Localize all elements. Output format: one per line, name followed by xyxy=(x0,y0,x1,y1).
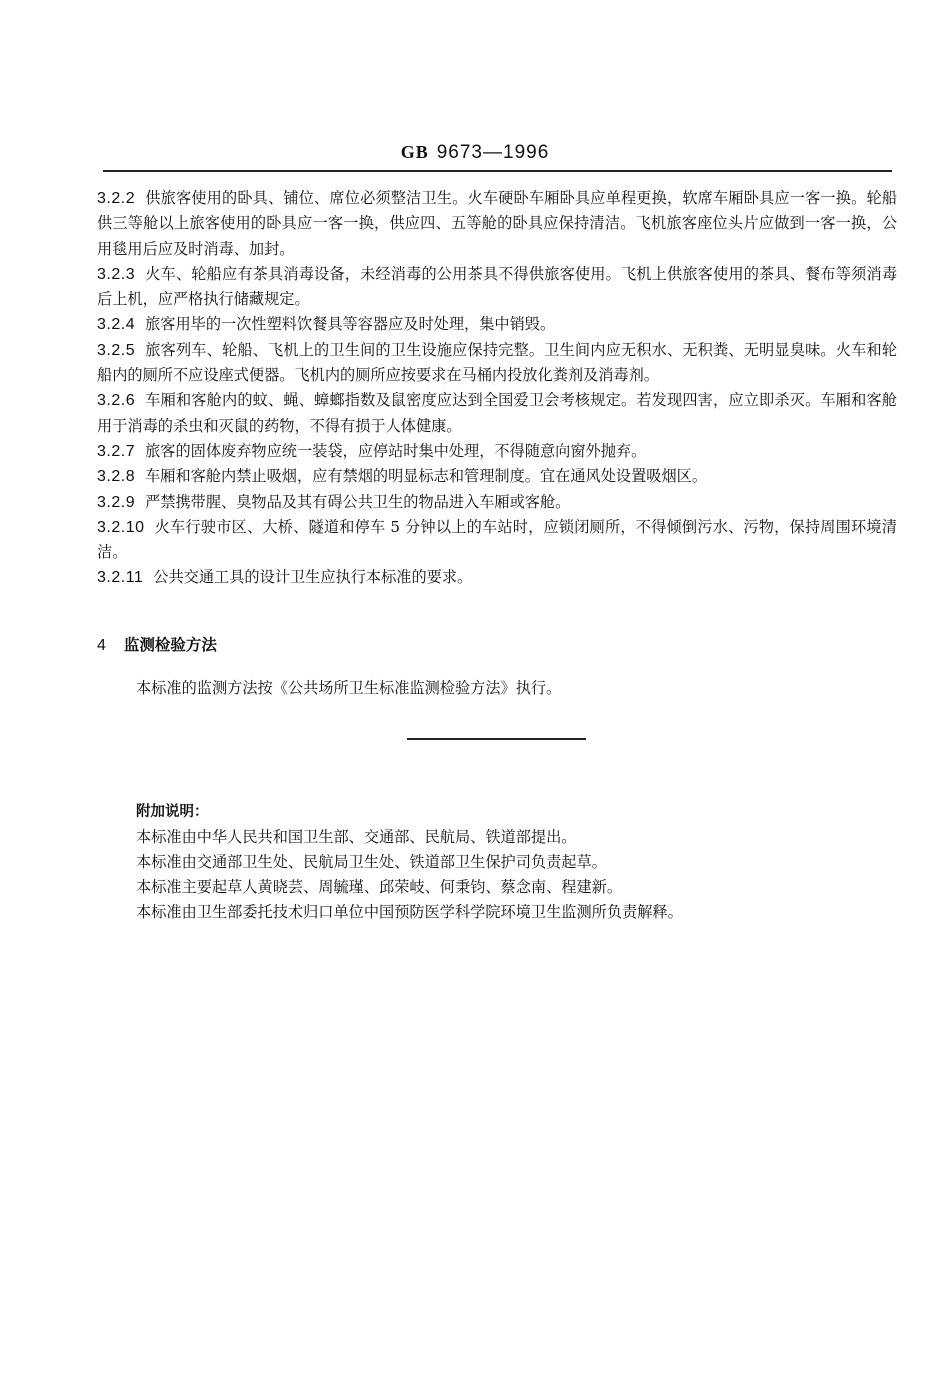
clause-number: 3.2.2 xyxy=(97,190,135,207)
end-divider xyxy=(407,738,586,740)
clause: 3.2.9严禁携带腥、臭物品及其有碍公共卫生的物品进入车厢或客舱。 xyxy=(97,490,897,515)
clause-text: 车厢和客舱内的蚊、蝇、蟑螂指数及鼠密度应达到全国爱卫会考核规定。若发现四害，应立… xyxy=(97,391,897,434)
notes-line: 本标准由交通部卫生处、民航局卫生处、铁道部卫生保护司负责起草。 xyxy=(136,850,683,875)
clause: 3.2.4旅客用毕的一次性塑料饮餐具等容器应及时处理，集中销毁。 xyxy=(97,312,897,337)
page-header: GB9673—1996 xyxy=(0,142,950,164)
clause-number: 3.2.7 xyxy=(97,443,135,460)
clause: 3.2.2供旅客使用的卧具、铺位、席位必须整洁卫生。火车硬卧车厢卧具应单程更换，… xyxy=(97,186,897,262)
clause: 3.2.3火车、轮船应有茶具消毒设备，未经消毒的公用茶具不得供旅客使用。飞机上供… xyxy=(97,262,897,313)
notes-line: 本标准由中华人民共和国卫生部、交通部、民航局、铁道部提出。 xyxy=(136,825,683,850)
clause-number: 3.2.10 xyxy=(97,519,144,536)
notes-line: 本标准由卫生部委托技术归口单位中国预防医学科学院环境卫生监测所负责解释。 xyxy=(136,900,683,925)
clause-number: 3.2.6 xyxy=(97,392,135,409)
clause-text: 严禁携带腥、臭物品及其有碍公共卫生的物品进入车厢或客舱。 xyxy=(145,493,570,511)
clause: 3.2.10火车行驶市区、大桥、隧道和停车 5 分钟以上的车站时，应锁闭厕所，不… xyxy=(97,515,897,566)
section-title: 监测检验方法 xyxy=(124,636,217,654)
clause-text: 供旅客使用的卧具、铺位、席位必须整洁卫生。火车硬卧车厢卧具应单程更换，软席车厢卧… xyxy=(97,189,897,258)
clause: 3.2.7旅客的固体废弃物应统一装袋，应停站时集中处理，不得随意向窗外抛弃。 xyxy=(97,439,897,464)
clause: 3.2.11公共交通工具的设计卫生应执行本标准的要求。 xyxy=(97,565,897,590)
clause-text: 旅客用毕的一次性塑料饮餐具等容器应及时处理，集中销毁。 xyxy=(145,315,555,333)
clause: 3.2.5旅客列车、轮船、飞机上的卫生间的卫生设施应保持完整。卫生间内应无积水、… xyxy=(97,338,897,389)
standard-prefix: GB xyxy=(401,142,429,162)
section-body: 本标准的监测方法按《公共场所卫生标准监测检验方法》执行。 xyxy=(136,677,561,698)
section-number: 4 xyxy=(97,637,106,654)
clause-number: 3.2.5 xyxy=(97,342,135,359)
header-rule xyxy=(103,170,892,172)
clause-text: 车厢和客舱内禁止吸烟，应有禁烟的明显标志和管理制度。宜在通风处设置吸烟区。 xyxy=(145,467,707,485)
clause-text: 旅客的固体废弃物应统一装袋，应停站时集中处理，不得随意向窗外抛弃。 xyxy=(145,442,646,460)
clause-number: 3.2.8 xyxy=(97,468,135,485)
clause-number: 3.2.11 xyxy=(97,569,143,586)
clause-number: 3.2.4 xyxy=(97,316,135,333)
clause-number: 3.2.9 xyxy=(97,494,135,511)
section-heading: 4监测检验方法 xyxy=(97,633,217,655)
additional-notes: 附加说明： 本标准由中华人民共和国卫生部、交通部、民航局、铁道部提出。 本标准由… xyxy=(136,800,683,925)
clause-text: 旅客列车、轮船、飞机上的卫生间的卫生设施应保持完整。卫生间内应无积水、无积粪、无… xyxy=(97,341,897,384)
clause-number: 3.2.3 xyxy=(97,266,135,283)
clause-text: 火车行驶市区、大桥、隧道和停车 5 分钟以上的车站时，应锁闭厕所，不得倾倒污水、… xyxy=(97,518,897,561)
clause-text: 公共交通工具的设计卫生应执行本标准的要求。 xyxy=(153,568,472,586)
standard-number: 9673—1996 xyxy=(437,142,550,163)
notes-line: 本标准主要起草人黄晓芸、周毓瑾、邱荣岐、何秉钧、蔡念南、程建新。 xyxy=(136,875,683,900)
clause-text: 火车、轮船应有茶具消毒设备，未经消毒的公用茶具不得供旅客使用。飞机上供旅客使用的… xyxy=(97,265,897,308)
clause: 3.2.6车厢和客舱内的蚊、蝇、蟑螂指数及鼠密度应达到全国爱卫会考核规定。若发现… xyxy=(97,388,897,439)
clauses-section: 3.2.2供旅客使用的卧具、铺位、席位必须整洁卫生。火车硬卧车厢卧具应单程更换，… xyxy=(97,186,897,591)
clause: 3.2.8车厢和客舱内禁止吸烟，应有禁烟的明显标志和管理制度。宜在通风处设置吸烟… xyxy=(97,464,897,489)
notes-title: 附加说明： xyxy=(136,800,683,825)
